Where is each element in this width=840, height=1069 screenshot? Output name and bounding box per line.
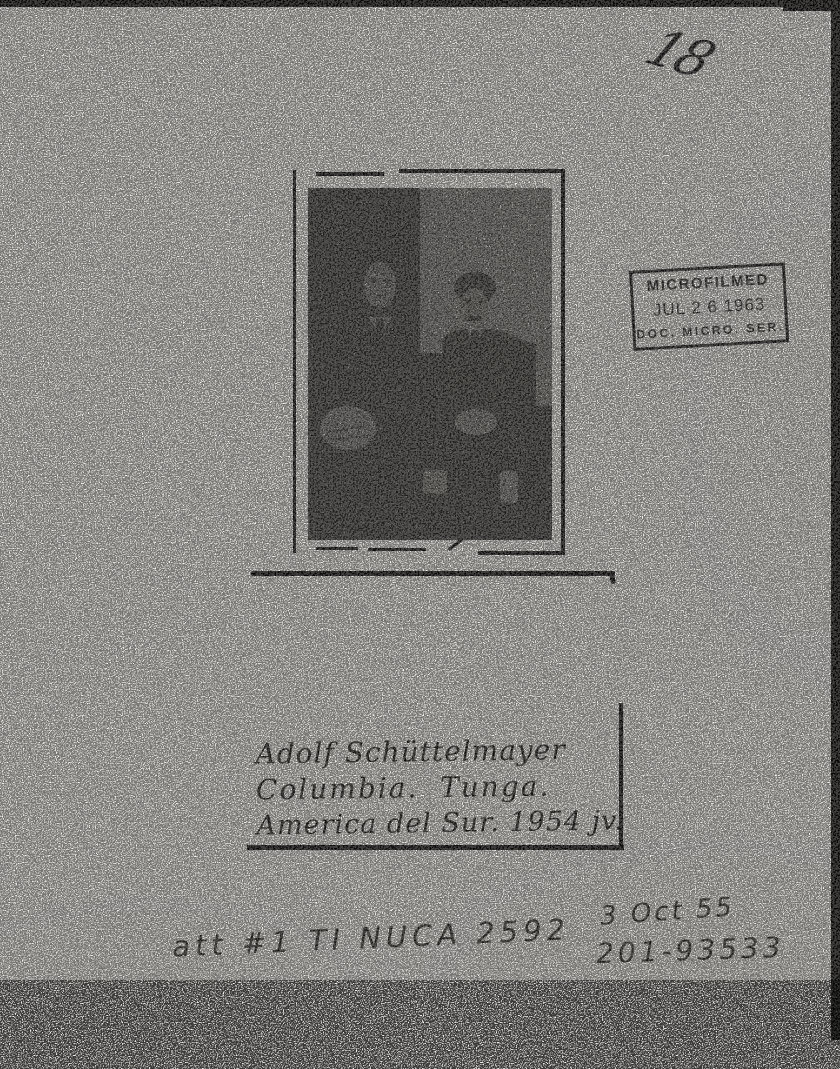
annotation-date: 3 Oct 55 [599,892,736,931]
photo-frame-bottom-line [368,548,426,551]
scan-top-edge-bar [0,0,840,7]
stamp-title: MICROFILMED [646,271,769,295]
stamp-office: DOC. MICRO. SER. [636,319,785,341]
scan-right-edge-bar [831,0,840,1040]
photo-frame-bottom-line [478,551,564,555]
photo-frame-top-line [399,169,565,173]
photograph [308,188,552,540]
annotation-201-file-number: 201-93533 [595,931,785,971]
caption-box-right-line [619,703,623,850]
scanned-document-page: 18 [0,0,840,1069]
photo-frame-right-line [561,169,565,555]
caption-name: Adolf Schüttelmayer [255,730,620,772]
microfilm-stamp: MICROFILMED JUL 2 6 1963 DOC. MICRO. SER… [629,262,789,351]
caption-region-year: America del Sur. 1954 jv. [256,803,621,844]
caption-box-bottom-line [247,845,624,850]
separator-line [251,571,615,576]
handwritten-caption: Adolf Schüttelmayer Columbia. Tunga. Ame… [255,730,621,844]
handwritten-page-number: 18 [625,10,758,115]
annotation-file-reference: att #1 TI NUCA 2592 [171,912,570,963]
photograph-art [308,188,552,540]
separator-line-hook [609,573,616,585]
photo-frame-bottom-line [316,547,358,550]
photo-frame-left-line [293,170,296,553]
stamp-date: JUL 2 6 1963 [652,294,765,320]
photo-frame-top-line [316,172,384,176]
caption-location: Columbia. Tunga. [256,767,621,808]
